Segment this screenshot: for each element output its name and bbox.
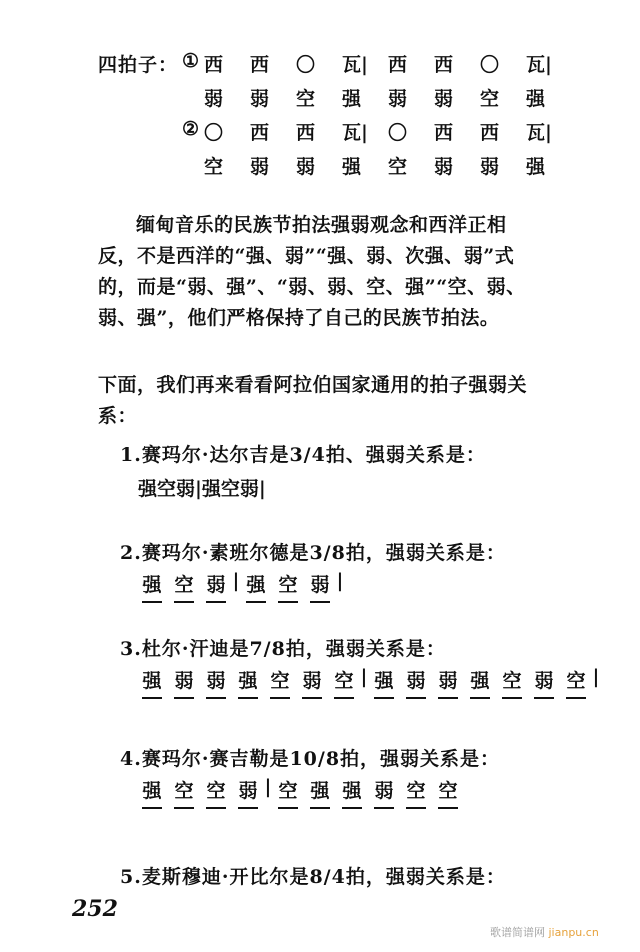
beat-cell: 空 <box>480 84 526 111</box>
beat-cell: 弱 <box>434 84 480 111</box>
beat: 空 <box>400 776 432 803</box>
beat: 强 <box>464 666 496 693</box>
item-5-heading: 5.麦斯穆迪·开比尔是8/4拍，强弱关系是： <box>120 862 506 889</box>
beat: 强 <box>240 570 272 597</box>
four-beat-row: 弱弱空强弱弱空强 <box>182 84 572 111</box>
watermark-en: jianpu.cn <box>549 926 599 939</box>
beat-cell: 弱 <box>388 84 434 111</box>
beat: 空 <box>328 666 360 693</box>
beat: 强 <box>136 666 168 693</box>
beat-cell: 瓦| <box>342 118 388 145</box>
beat: 空 <box>168 570 200 597</box>
beat: 空 <box>264 666 296 693</box>
row-marker <box>182 84 204 111</box>
page-number: 252 <box>72 896 118 922</box>
beat: 空 <box>272 776 304 803</box>
beat: 弱 <box>368 776 400 803</box>
beat-cell: 西 <box>296 118 342 145</box>
paragraph-arab-intro: 下面，我们再来看看阿拉伯国家通用的拍子强弱关系： <box>98 370 538 432</box>
four-beat-label: 四拍子： <box>98 50 178 77</box>
bar-line: | <box>592 666 600 693</box>
beat: 弱 <box>168 666 200 693</box>
beat: 强 <box>336 776 368 803</box>
item-1-heading: 1.赛玛尔·达尔吉是3/4拍、强弱关系是： <box>120 440 486 467</box>
beat: 空 <box>200 776 232 803</box>
beat-cell: 弱 <box>250 152 296 179</box>
beat-cell: 空 <box>296 84 342 111</box>
paragraph-text: 下面，我们再来看看阿拉伯国家通用的拍子强弱关系： <box>98 374 527 427</box>
beat-cell: 空 <box>388 152 434 179</box>
beat: 空 <box>168 776 200 803</box>
beat-cell: 弱 <box>480 152 526 179</box>
item-3-beats: 强弱弱强空弱空|强弱弱强空弱空| <box>136 666 600 693</box>
beat-cell: 弱 <box>434 152 480 179</box>
four-beat-row: ①西西〇瓦|西西〇瓦| <box>182 50 572 77</box>
beat-cell: 空 <box>204 152 250 179</box>
beat-cell: 〇 <box>204 118 250 145</box>
beat-cell: 〇 <box>296 50 342 77</box>
beat-cell: 瓦| <box>526 50 572 77</box>
beat-cell: 西 <box>204 50 250 77</box>
item-2-heading: 2.赛玛尔·素班尔德是3/8拍，强弱关系是： <box>120 538 506 565</box>
beat: 弱 <box>232 776 264 803</box>
beat-cell: 强 <box>342 84 388 111</box>
watermark: 歌谱简谱网 jianpu.cn <box>490 924 599 940</box>
paragraph-text: 缅甸音乐的民族节拍法强弱观念和西洋正相反，不是西洋的“强、弱”“强、弱、次强、弱… <box>98 214 526 329</box>
beat: 弱 <box>200 666 232 693</box>
row-marker: ② <box>182 118 204 145</box>
beat-cell: 西 <box>434 118 480 145</box>
item-1-pattern: 强空弱|强空弱| <box>138 474 266 501</box>
item-4-heading: 4.赛玛尔·赛吉勒是10/8拍，强弱关系是： <box>120 744 500 771</box>
beat-cell: 西 <box>250 118 296 145</box>
beat: 强 <box>136 776 168 803</box>
paragraph-burmese-meter: 缅甸音乐的民族节拍法强弱观念和西洋正相反，不是西洋的“强、弱”“强、弱、次强、弱… <box>98 210 538 334</box>
beat: 强 <box>136 570 168 597</box>
beat-cell: 强 <box>526 84 572 111</box>
bar-line: | <box>264 776 272 803</box>
beat: 强 <box>304 776 336 803</box>
item-4-beats: 强空空弱|空强强弱空空 <box>136 776 464 803</box>
bar-line: | <box>336 570 344 597</box>
row-marker: ① <box>182 50 204 77</box>
beat: 弱 <box>304 570 336 597</box>
beat-cell: 瓦| <box>526 118 572 145</box>
four-beat-row: 空弱弱强空弱弱强 <box>182 152 572 179</box>
beat-cell: 西 <box>434 50 480 77</box>
beat-cell: 西 <box>480 118 526 145</box>
bar-line: | <box>360 666 368 693</box>
beat: 强 <box>368 666 400 693</box>
beat-cell: 西 <box>250 50 296 77</box>
beat: 弱 <box>432 666 464 693</box>
beat-cell: 强 <box>342 152 388 179</box>
beat-cell: 西 <box>388 50 434 77</box>
beat: 弱 <box>528 666 560 693</box>
beat: 弱 <box>200 570 232 597</box>
item-3-heading: 3.杜尔·汗迪是7/8拍，强弱关系是： <box>120 634 446 661</box>
beat-cell: 瓦| <box>342 50 388 77</box>
beat: 弱 <box>400 666 432 693</box>
beat: 空 <box>432 776 464 803</box>
beat: 空 <box>272 570 304 597</box>
beat: 空 <box>496 666 528 693</box>
bar-line: | <box>232 570 240 597</box>
row-marker <box>182 152 204 179</box>
beat-cell: 强 <box>526 152 572 179</box>
beat-cell: 〇 <box>388 118 434 145</box>
beat: 空 <box>560 666 592 693</box>
beat: 强 <box>232 666 264 693</box>
beat-cell: 弱 <box>296 152 342 179</box>
beat-cell: 弱 <box>250 84 296 111</box>
four-beat-row: ②〇西西瓦|〇西西瓦| <box>182 118 572 145</box>
item-2-beats: 强空弱|强空弱| <box>136 570 344 597</box>
beat: 弱 <box>296 666 328 693</box>
beat-cell: 〇 <box>480 50 526 77</box>
watermark-cn: 歌谱简谱网 <box>490 926 545 939</box>
beat-cell: 弱 <box>204 84 250 111</box>
